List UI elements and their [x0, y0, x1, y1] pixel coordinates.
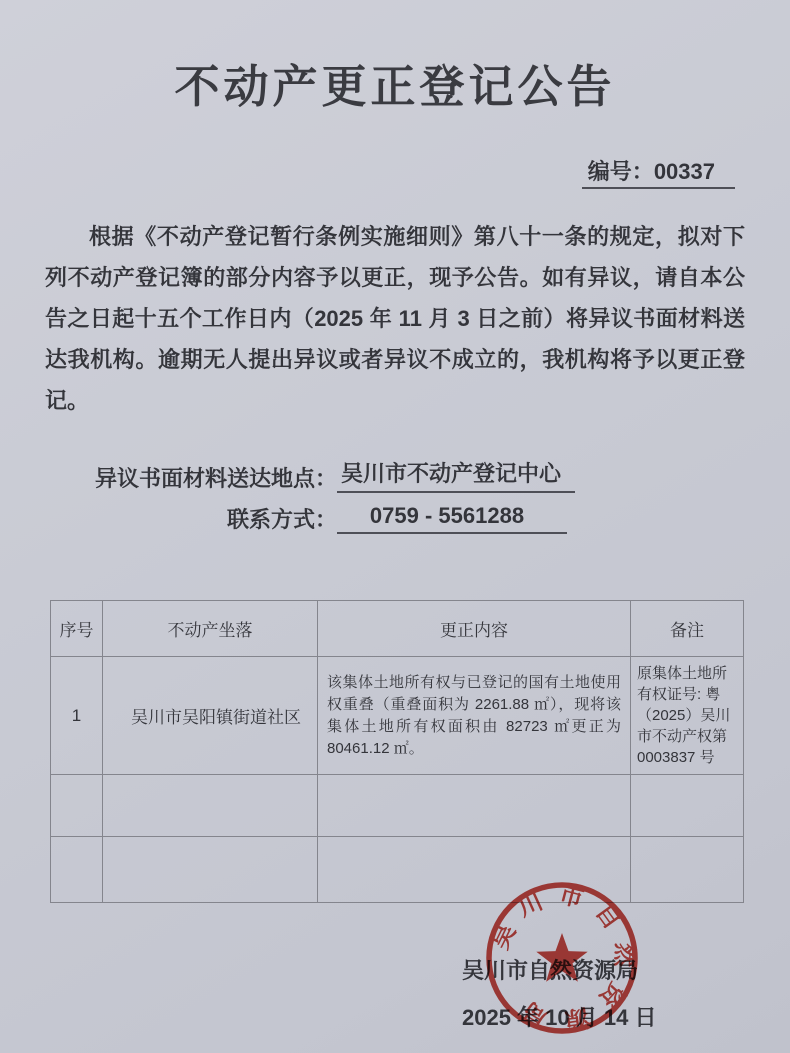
doc-number-underline: 编号：00337: [582, 159, 735, 189]
row3-location: [103, 837, 318, 903]
delivery-address-value: 吴川市不动产登记中心: [337, 457, 575, 493]
table-header-row: 序号 不动产坐落 更正内容 备注: [51, 601, 744, 657]
signature-date: 2025 年 10 月 14 日: [462, 994, 790, 1041]
header-seq: 序号: [51, 601, 103, 657]
contact-block: 异议书面材料送达地点： 吴川市不动产登记中心 联系方式： 0759 - 5561…: [0, 457, 790, 534]
page-title: 不动产更正登记公告: [0, 0, 790, 115]
delivery-address-row: 异议书面材料送达地点： 吴川市不动产登记中心: [95, 457, 790, 493]
doc-number-value: 00337: [654, 159, 715, 184]
row2-correction: [318, 775, 631, 837]
row2-remark: [631, 775, 744, 837]
header-correction: 更正内容: [318, 601, 631, 657]
contact-phone-value: 0759 - 5561288: [337, 503, 567, 534]
signature-org: 吴川市自然资源局: [462, 947, 790, 994]
row1-seq: 1: [51, 657, 103, 775]
header-location: 不动产坐落: [103, 601, 318, 657]
doc-number: 编号：00337: [0, 155, 735, 186]
row1-remark: 原集体土地所有权证号: 粤（2025）吴川市不动产权第0003837 号: [631, 657, 744, 775]
signature-block: 吴川市自然资源局 2025 年 10 月 14 日: [462, 947, 790, 1041]
announcement-page: 不动产更正登记公告 编号：00337 根据《不动产登记暂行条例实施细则》第八十一…: [0, 0, 790, 1053]
table-row: 1 吴川市吴阳镇街道社区 该集体土地所有权与已登记的国有土地使用权重叠（重叠面积…: [51, 657, 744, 775]
doc-number-label: 编号：: [588, 159, 654, 184]
row2-seq: [51, 775, 103, 837]
row3-seq: [51, 837, 103, 903]
row1-correction: 该集体土地所有权与已登记的国有土地使用权重叠（重叠面积为 2261.88 ㎡），…: [318, 657, 631, 775]
table-row: [51, 837, 744, 903]
row3-remark: [631, 837, 744, 903]
table-row: [51, 775, 744, 837]
row3-correction: [318, 837, 631, 903]
row2-location: [103, 775, 318, 837]
contact-phone-label: 联系方式：: [95, 503, 337, 534]
delivery-address-label: 异议书面材料送达地点：: [95, 462, 337, 493]
header-remark: 备注: [631, 601, 744, 657]
corrections-table: 序号 不动产坐落 更正内容 备注 1 吴川市吴阳镇街道社区 该集体土地所有权与已…: [50, 600, 744, 903]
contact-phone-row: 联系方式： 0759 - 5561288: [95, 503, 790, 534]
row1-location: 吴川市吴阳镇街道社区: [103, 657, 318, 775]
body-paragraph: 根据《不动产登记暂行条例实施细则》第八十一条的规定，拟对下列不动产登记簿的部分内…: [45, 216, 745, 421]
